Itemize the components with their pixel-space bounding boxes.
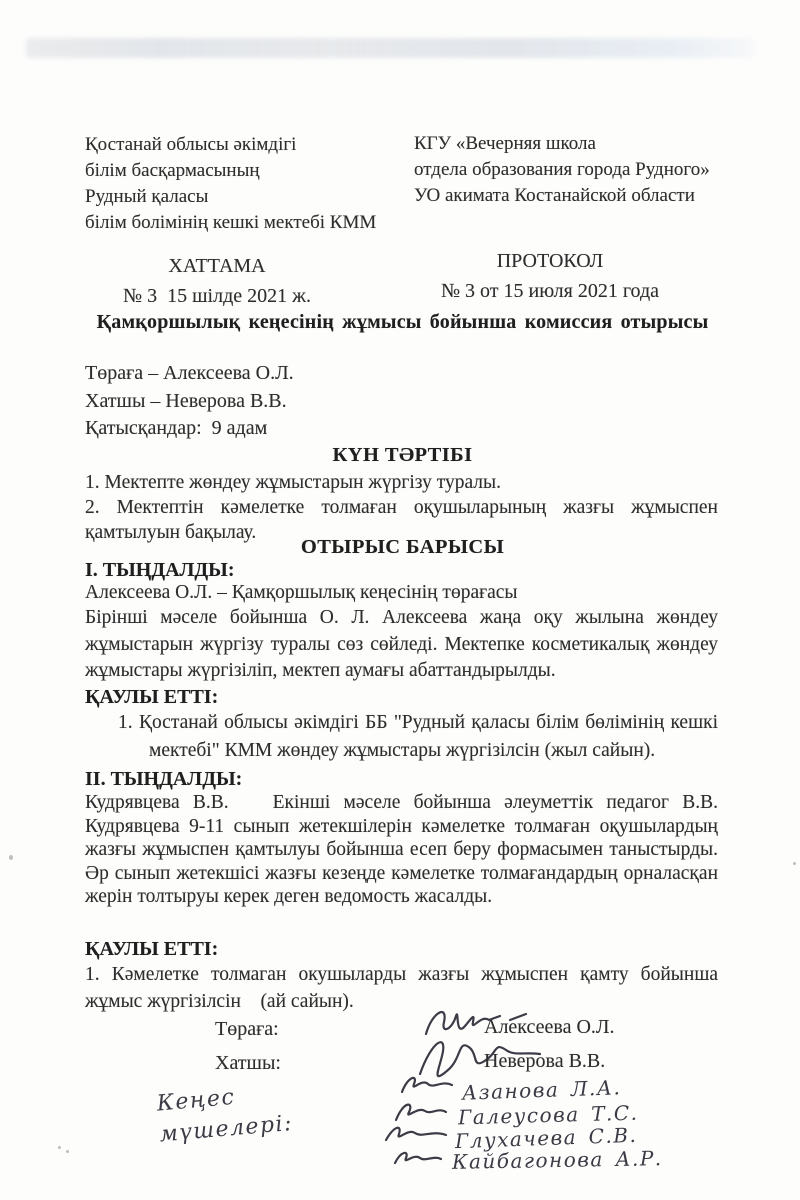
org-right-line-1: КГУ «Вечерняя школа bbox=[414, 131, 764, 157]
org-left-line-1: Қостанай облысы әкімдігі bbox=[85, 132, 417, 158]
chair-signature-label: Төраға: bbox=[215, 1018, 279, 1041]
member-signature-name-1: Азанова Л.А. bbox=[462, 1075, 622, 1105]
org-right-line-2: отдела образования города Рудного» bbox=[414, 157, 764, 183]
member-signature-squiggle-1 bbox=[398, 1072, 456, 1098]
org-right-line-3: УО акимата Костанайской области bbox=[414, 183, 764, 209]
scanned-protocol-page: Қостанай облысы әкімдігі білім басқармас… bbox=[0, 0, 800, 1200]
proceedings-heading: ОТЫРЫС БАРЫСЫ bbox=[85, 536, 720, 559]
section2-speaker: Кудрявцева В.В. bbox=[85, 792, 229, 813]
chairperson-line: Төраға – Алексеева О.Л. bbox=[85, 360, 505, 388]
attendees-line: Қатысқандар: 9 адам bbox=[85, 415, 505, 443]
org-left-line-4: білім болімінің кешкі мектебі КММ bbox=[85, 210, 417, 236]
member-signature-squiggle-4 bbox=[392, 1148, 444, 1168]
scan-speck bbox=[9, 855, 13, 860]
section1-decision-item: 1. Қостанай облысы әкімдігі ББ "Рудный қ… bbox=[85, 709, 718, 764]
protocol-title-ru: ПРОТОКОЛ bbox=[402, 246, 698, 276]
org-left-line-3: Рудный қаласы bbox=[85, 184, 417, 210]
secretary-signature-label: Хатшы: bbox=[215, 1052, 281, 1075]
secretary-line: Хатшы – Неверова В.В. bbox=[85, 388, 505, 416]
member-signature-squiggle-2 bbox=[392, 1098, 450, 1124]
member-signature-squiggle-3 bbox=[382, 1122, 450, 1148]
section2-heading: II. ТЫҢДАЛДЫ: bbox=[85, 768, 242, 791]
protocol-header-kazakh: ХАТТАМА № 3 15 шілде 2021 ж. bbox=[88, 251, 346, 311]
protocol-title-kz: ХАТТАМА bbox=[88, 251, 346, 281]
scan-speck bbox=[66, 1150, 69, 1153]
section2-decision-heading: ҚАУЛЫ ЕТТІ: bbox=[85, 938, 218, 961]
org-left-line-2: білім басқармасының bbox=[85, 158, 417, 184]
section1-body: Бірінші мәселе бойынша О. Л. Алексеева ж… bbox=[85, 605, 718, 685]
scan-artifact-band bbox=[26, 38, 754, 58]
document-title: Қамқоршылық кеңесінің жұмысы бойынша ком… bbox=[85, 311, 720, 334]
section2-decision-item: 1. Кәмелетке толмаган окушыларды жазғы ж… bbox=[85, 962, 718, 1015]
protocol-header-russian: ПРОТОКОЛ № 3 от 15 июля 2021 года bbox=[402, 246, 698, 306]
secretary-signature-name: Неверова В.В. bbox=[484, 1050, 605, 1073]
section1-heading: I. ТЫҢДАЛДЫ: bbox=[85, 559, 234, 582]
scan-speck bbox=[58, 1146, 61, 1149]
council-members-label: Кеңес мүшелері: bbox=[156, 1076, 311, 1151]
section1-decision-heading: ҚАУЛЫ ЕТТІ: bbox=[85, 686, 218, 709]
scan-speck bbox=[793, 862, 796, 865]
participants-block: Төраға – Алексеева О.Л. Хатшы – Неверова… bbox=[85, 360, 505, 443]
member-signature-name-4: Кайбагонова А.Р. bbox=[452, 1146, 663, 1174]
protocol-number-ru: № 3 от 15 июля 2021 года bbox=[402, 276, 698, 306]
protocol-number-kz: № 3 15 шілде 2021 ж. bbox=[88, 281, 346, 311]
agenda-item-1: 1. Мектепте жөндеу жұмыстарын жүргізу ту… bbox=[85, 470, 720, 496]
section2-body: Кудрявцева В.В.Екінші мәселе бойынша әле… bbox=[85, 791, 718, 909]
org-block-russian: КГУ «Вечерняя школа отдела образования г… bbox=[414, 131, 764, 209]
section1-speaker-line: Алексеева О.Л. – Қамқоршылық кеңесінің т… bbox=[85, 582, 720, 604]
agenda-heading: КҮН ТӘРТІБІ bbox=[85, 444, 720, 467]
org-block-kazakh: Қостанай облысы әкімдігі білім басқармас… bbox=[85, 132, 417, 236]
